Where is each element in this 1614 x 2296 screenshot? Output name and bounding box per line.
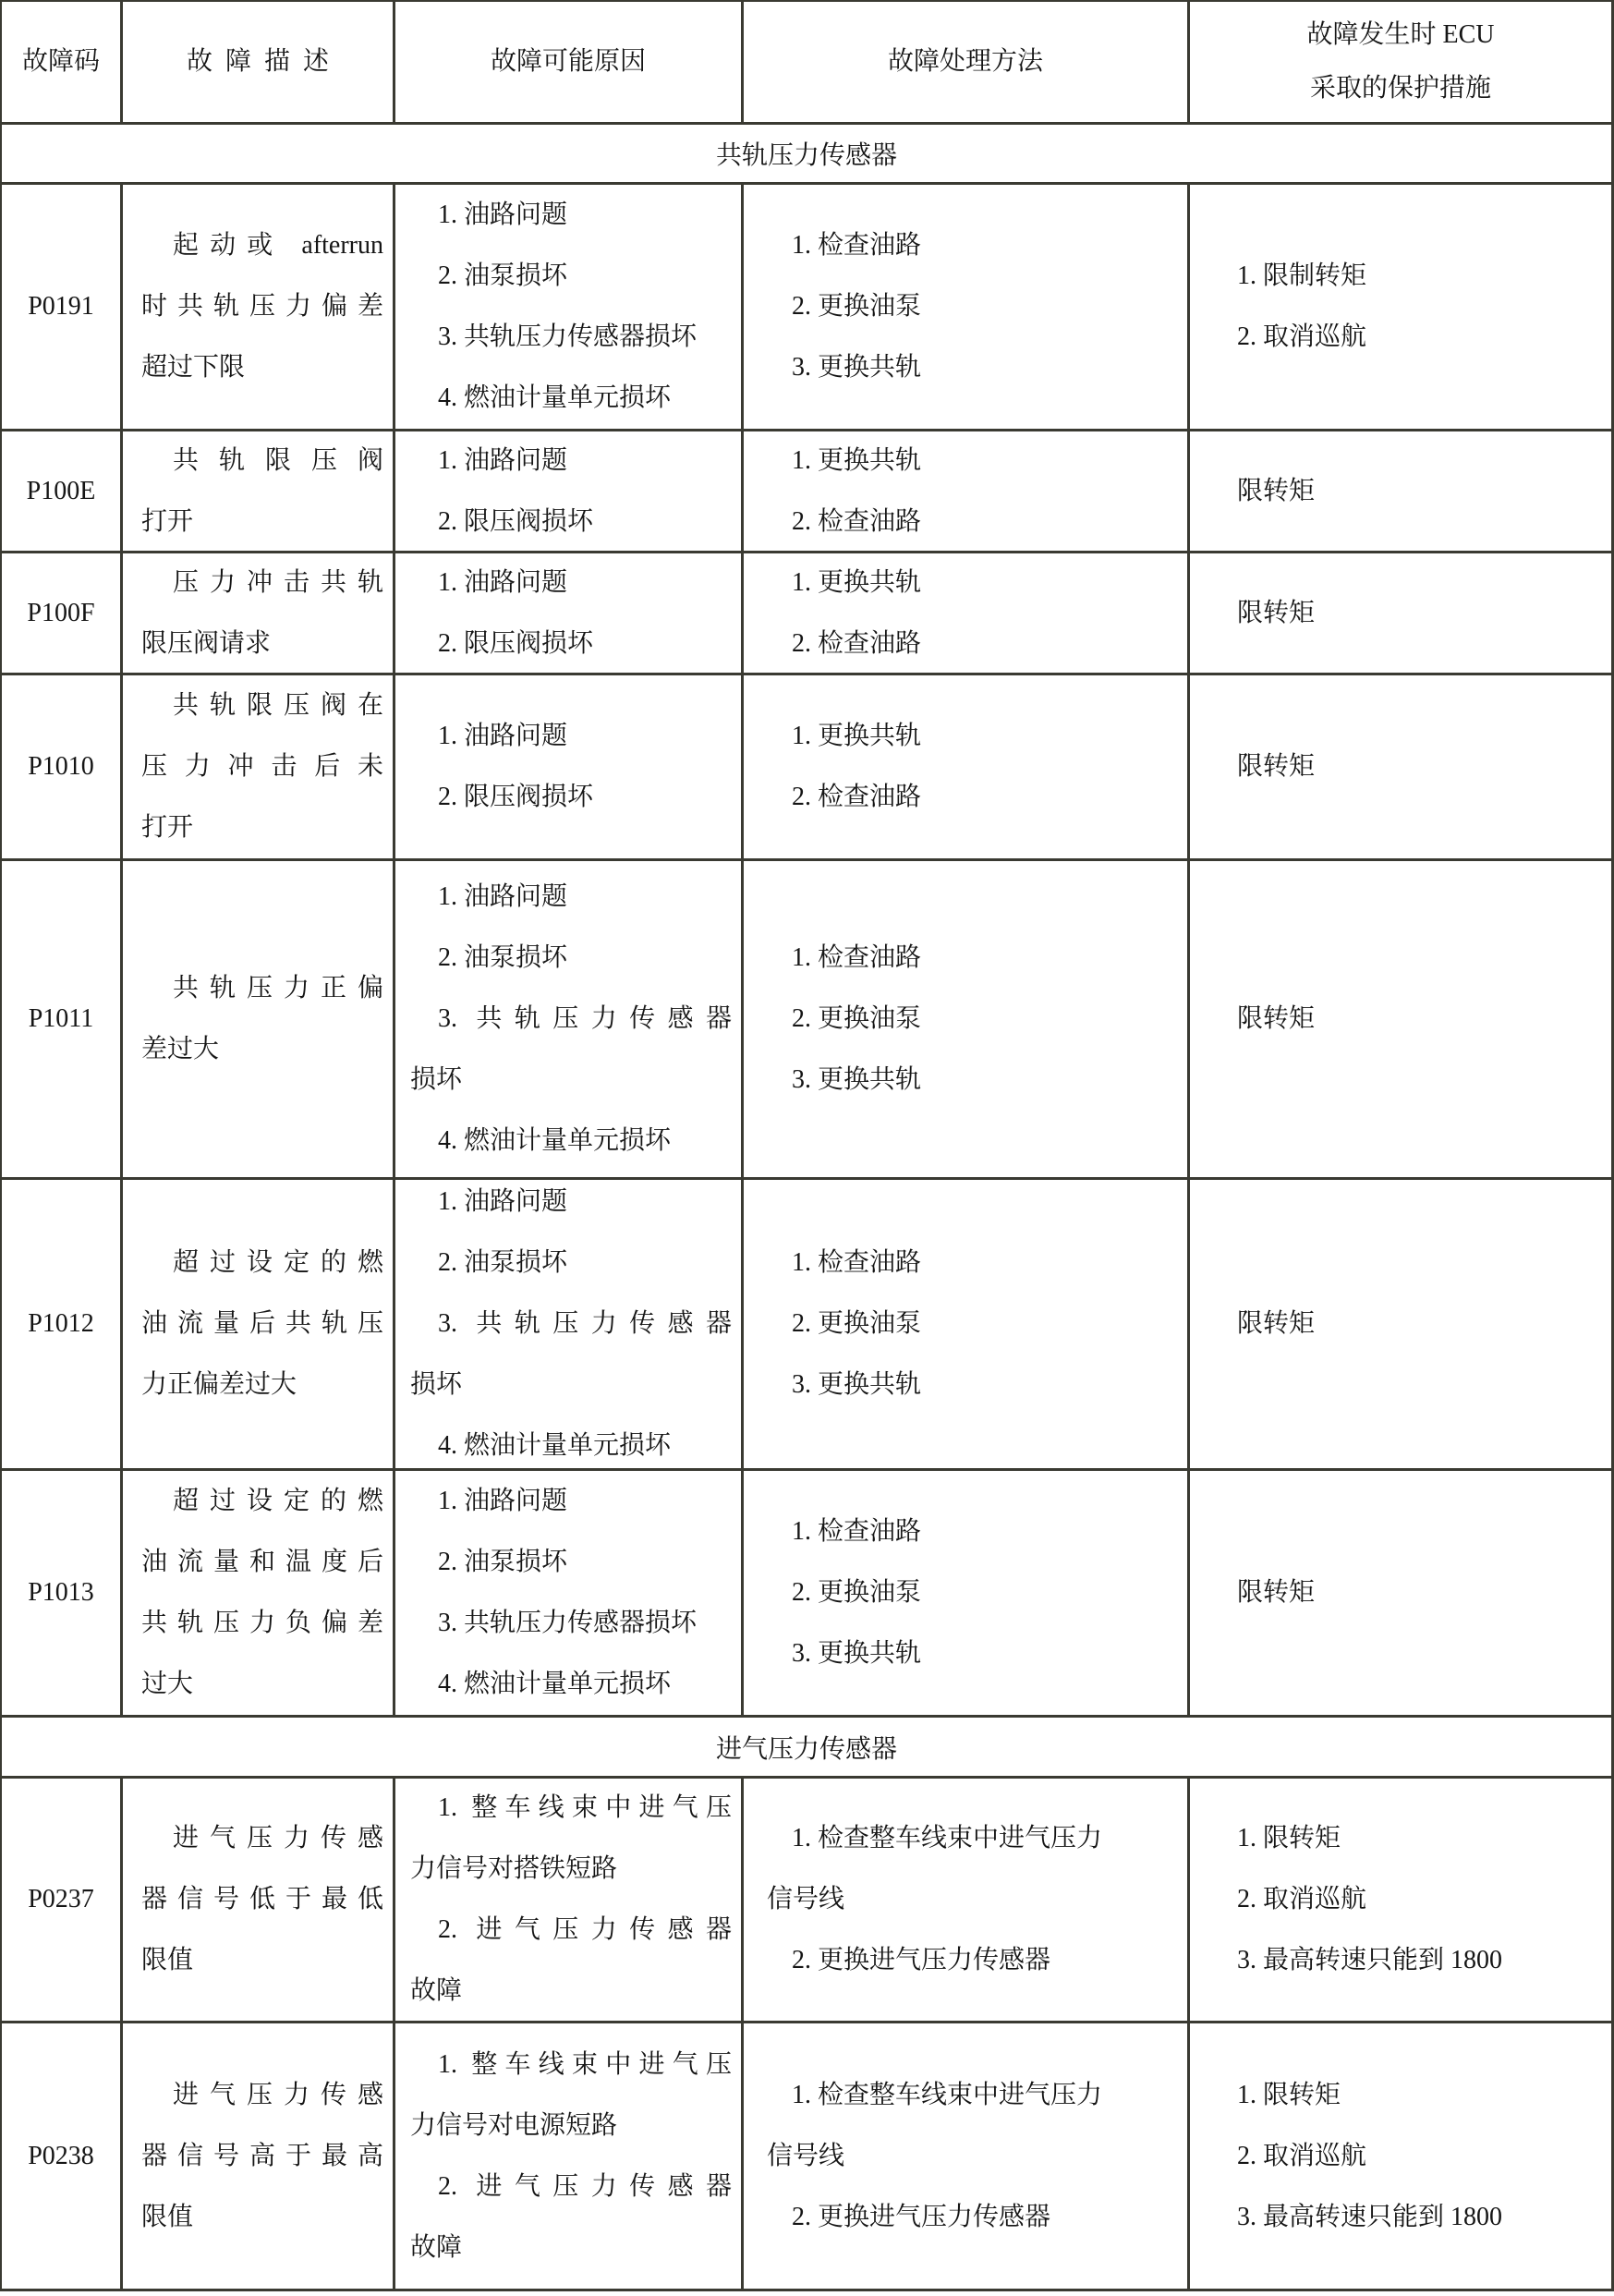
cell-line: 器信号高于最高	[141, 2126, 383, 2187]
cell-line: 超过设定的燃	[141, 1471, 383, 1532]
section-row: 共轨压力传感器	[2, 125, 1614, 185]
fault-code-cell: P0237	[2, 1779, 123, 2023]
fault-code-cell: P100F	[2, 553, 123, 675]
cell-line: 故障	[410, 2217, 732, 2278]
possible-cause-cell: 1. 油路问题2. 油泵损坏3. 共轨压力传感器损坏4. 燃油计量单元损坏	[395, 1471, 744, 1718]
cell-line: 超过设定的燃	[141, 1233, 383, 1294]
cell-line: 2. 更换油泵	[767, 276, 1182, 337]
cell-line: 1. 检查整车线束中进气压力	[767, 1808, 1182, 1869]
fault-code-cell: P1012	[2, 1180, 123, 1471]
cell-line: 4. 燃油计量单元损坏	[410, 1654, 732, 1715]
fault-code: P100E	[27, 461, 96, 522]
cell-line: 2. 油泵损坏	[410, 928, 732, 989]
cell-line: 力信号对搭铁短路	[410, 1839, 732, 1900]
cell-line: 打开	[141, 492, 383, 553]
cell-line: 2. 检查油路	[767, 767, 1182, 828]
table-row: P1010共轨限压阀在压力冲击后未打开1. 油路问题2. 限压阀损坏1. 更换共…	[2, 675, 1614, 861]
fault-code: P0238	[28, 2126, 94, 2187]
cell-line: 2. 更换油泵	[767, 1294, 1182, 1355]
ecu-protection-cell: 限转矩	[1190, 431, 1614, 553]
possible-cause-cell: 1. 整车线束中进气压力信号对搭铁短路2. 进气压力传感器故障	[395, 1779, 744, 2023]
fault-code-cell: P0238	[2, 2023, 123, 2291]
cell-line: 限转矩	[1237, 583, 1606, 644]
fault-code-cell: P1013	[2, 1471, 123, 1718]
cell-line: 1. 限转矩	[1237, 2065, 1606, 2126]
fault-code: P100F	[27, 583, 94, 644]
possible-cause-cell: 1. 油路问题2. 油泵损坏3. 共轨压力传感器损坏4. 燃油计量单元损坏	[395, 1180, 744, 1471]
cell-line: 共轨压力负偏差	[141, 1593, 383, 1654]
cell-line: 1. 检查油路	[767, 1501, 1182, 1562]
cell-line: 1. 油路问题	[410, 431, 732, 492]
fault-description-cell: 起动或 afterrun时共轨压力偏差超过下限	[123, 185, 395, 431]
cell-line: 2. 油泵损坏	[410, 1233, 732, 1294]
cell-line: 1. 油路问题	[410, 553, 732, 613]
cell-line: 1. 更换共轨	[767, 431, 1182, 492]
cell-line: 1. 油路问题	[410, 1471, 732, 1532]
cell-line: 信号线	[767, 2126, 1182, 2187]
cell-line: 压力冲击后未	[141, 736, 383, 797]
possible-cause-cell: 1. 油路问题2. 限压阀损坏	[395, 553, 744, 675]
cell-line: 进气压力传感	[141, 2065, 383, 2126]
fault-description-cell: 共轨压力正偏差过大	[123, 861, 395, 1180]
cell-line: 2. 更换进气压力传感器	[767, 1930, 1182, 1991]
handling-method-cell: 1. 检查油路2. 更换油泵3. 更换共轨	[744, 861, 1190, 1180]
fault-description-cell: 共轨限压阀在压力冲击后未打开	[123, 675, 395, 861]
handling-method-cell: 1. 检查油路2. 更换油泵3. 更换共轨	[744, 1471, 1190, 1718]
fault-code: P1010	[28, 736, 94, 797]
cell-line: 限压阀请求	[141, 613, 383, 674]
cell-line: 1. 整车线束中进气压	[410, 1779, 732, 1839]
cell-line: 故障	[410, 1961, 732, 2022]
ecu-protection-cell: 限转矩	[1190, 553, 1614, 675]
header-row: 故障码 故障描述 故障可能原因 故障处理方法 故障发生时 ECU 采取的保护措施	[2, 2, 1614, 125]
header-label-fault-code: 故障码	[22, 35, 100, 89]
possible-cause-cell: 1. 油路问题2. 油泵损坏3. 共轨压力传感器损坏4. 燃油计量单元损坏	[395, 185, 744, 431]
cell-line: 限转矩	[1237, 461, 1606, 522]
cell-line: 3. 共轨压力传感器损坏	[410, 1593, 732, 1654]
cell-line: 1. 检查整车线束中进气压力	[767, 2065, 1182, 2126]
cell-line: 4. 燃油计量单元损坏	[410, 1111, 732, 1172]
cell-line: 共轨限压阀	[141, 431, 383, 492]
cell-line: 3. 更换共轨	[767, 1050, 1182, 1111]
fault-description-cell: 超过设定的燃油流量后共轨压力正偏差过大	[123, 1180, 395, 1471]
cell-line: 1. 限制转矩	[1237, 246, 1606, 307]
ecu-protection-cell: 限转矩	[1190, 1471, 1614, 1718]
handling-method-cell: 1. 更换共轨2. 检查油路	[744, 675, 1190, 861]
fault-description-cell: 共轨限压阀打开	[123, 431, 395, 553]
fault-code: P0237	[28, 1869, 94, 1930]
section-title-cell: 共轨压力传感器	[2, 125, 1614, 185]
fault-description-cell: 超过设定的燃油流量和温度后共轨压力负偏差过大	[123, 1471, 395, 1718]
handling-method-cell: 1. 检查油路2. 更换油泵3. 更换共轨	[744, 1180, 1190, 1471]
cell-line: 1. 检查油路	[767, 1233, 1182, 1294]
cell-line: 2. 更换油泵	[767, 989, 1182, 1050]
cell-line: 3. 更换共轨	[767, 337, 1182, 398]
ecu-protection-cell: 1. 限制转矩2. 取消巡航	[1190, 185, 1614, 431]
cell-line: 3. 共轨压力传感器	[410, 1294, 732, 1355]
cell-line: 力正偏差过大	[141, 1355, 383, 1415]
fault-code: P0191	[28, 276, 94, 337]
cell-line: 3. 最高转速只能到 1800	[1237, 2187, 1606, 2248]
cell-line: 力信号对电源短路	[410, 2096, 732, 2156]
possible-cause-cell: 1. 油路问题2. 油泵损坏3. 共轨压力传感器损坏4. 燃油计量单元损坏	[395, 861, 744, 1180]
handling-method-cell: 1. 更换共轨2. 检查油路	[744, 431, 1190, 553]
cell-line: 限转矩	[1237, 989, 1606, 1050]
cell-line: 过大	[141, 1654, 383, 1715]
possible-cause-cell: 1. 整车线束中进气压力信号对电源短路2. 进气压力传感器故障	[395, 2023, 744, 2291]
header-cell-possible-cause: 故障可能原因	[395, 2, 744, 125]
fault-code: P1012	[28, 1294, 94, 1355]
cell-line: 2. 取消巡航	[1237, 2126, 1606, 2187]
cell-line: 2. 限压阀损坏	[410, 767, 732, 828]
fault-code-cell: P1010	[2, 675, 123, 861]
possible-cause-cell: 1. 油路问题2. 限压阀损坏	[395, 675, 744, 861]
ecu-protection-cell: 限转矩	[1190, 861, 1614, 1180]
cell-line: 限值	[141, 2187, 383, 2248]
cell-line: 进气压力传感	[141, 1808, 383, 1869]
fault-code-cell: P100E	[2, 431, 123, 553]
cell-line: 油流量和温度后	[141, 1532, 383, 1593]
fault-code: P1013	[28, 1562, 94, 1623]
ecu-protection-cell: 限转矩	[1190, 675, 1614, 861]
ecu-protection-cell: 1. 限转矩2. 取消巡航3. 最高转速只能到 1800	[1190, 2023, 1614, 2291]
cell-line: 1. 更换共轨	[767, 706, 1182, 767]
cell-line: 1. 油路问题	[410, 706, 732, 767]
cell-line: 1. 更换共轨	[767, 553, 1182, 613]
cell-line: 打开	[141, 797, 383, 858]
cell-line: 1. 油路问题	[410, 185, 732, 246]
cell-line: 3. 共轨压力传感器	[410, 989, 732, 1050]
cell-line: 超过下限	[141, 337, 383, 398]
handling-method-cell: 1. 检查油路2. 更换油泵3. 更换共轨	[744, 185, 1190, 431]
fault-description-cell: 进气压力传感器信号高于最高限值	[123, 2023, 395, 2291]
cell-line: 1. 油路问题	[410, 867, 732, 928]
table-row: P0237进气压力传感器信号低于最低限值1. 整车线束中进气压力信号对搭铁短路2…	[2, 1779, 1614, 2023]
fault-code-cell: P0191	[2, 185, 123, 431]
cell-line: 起动或 afterrun	[141, 215, 383, 276]
cell-line: 信号线	[767, 1869, 1182, 1930]
table-row: P0191起动或 afterrun时共轨压力偏差超过下限1. 油路问题2. 油泵…	[2, 185, 1614, 431]
fault-code-table: 故障码 故障描述 故障可能原因 故障处理方法 故障发生时 ECU 采取的保护措施…	[0, 0, 1614, 2291]
cell-line: 2. 进气压力传感器	[410, 1900, 732, 1961]
cell-line: 共轨压力正偏	[141, 958, 383, 1019]
cell-line: 2. 更换油泵	[767, 1562, 1182, 1623]
section-title-cell: 进气压力传感器	[2, 1718, 1614, 1779]
cell-line: 4. 燃油计量单元损坏	[410, 368, 732, 429]
cell-line: 2. 限压阀损坏	[410, 613, 732, 674]
table-row: P1013超过设定的燃油流量和温度后共轨压力负偏差过大1. 油路问题2. 油泵损…	[2, 1471, 1614, 1718]
ecu-protection-cell: 1. 限转矩2. 取消巡航3. 最高转速只能到 1800	[1190, 1779, 1614, 2023]
cell-line: 2. 更换进气压力传感器	[767, 2187, 1182, 2248]
header-label-possible-cause: 故障可能原因	[491, 35, 646, 89]
section-title: 进气压力传感器	[716, 1729, 897, 1766]
cell-line: 2. 检查油路	[767, 613, 1182, 674]
ecu-protection-cell: 限转矩	[1190, 1180, 1614, 1471]
table-row: P100E共轨限压阀打开1. 油路问题2. 限压阀损坏1. 更换共轨2. 检查油…	[2, 431, 1614, 553]
fault-code-cell: P1011	[2, 861, 123, 1180]
table-row: P0238进气压力传感器信号高于最高限值1. 整车线束中进气压力信号对电源短路2…	[2, 2023, 1614, 2291]
table-row: P1011共轨压力正偏差过大1. 油路问题2. 油泵损坏3. 共轨压力传感器损坏…	[2, 861, 1614, 1180]
cell-line: 1. 油路问题	[410, 1180, 732, 1233]
cell-line: 1. 检查油路	[767, 215, 1182, 276]
cell-line: 2. 油泵损坏	[410, 246, 732, 307]
header-label-ecu-protection-line1: 故障发生时 ECU	[1306, 8, 1494, 62]
header-cell-fault-code: 故障码	[2, 2, 123, 125]
cell-line: 2. 取消巡航	[1237, 307, 1606, 368]
cell-line: 3. 共轨压力传感器损坏	[410, 307, 732, 368]
fault-description-cell: 进气压力传感器信号低于最低限值	[123, 1779, 395, 2023]
cell-line: 压力冲击共轨	[141, 553, 383, 613]
cell-line: 1. 检查油路	[767, 928, 1182, 989]
cell-line: 2. 检查油路	[767, 492, 1182, 553]
cell-line: 2. 取消巡航	[1237, 1869, 1606, 1930]
handling-method-cell: 1. 检查整车线束中进气压力信号线2. 更换进气压力传感器	[744, 1779, 1190, 2023]
cell-line: 差过大	[141, 1019, 383, 1080]
cell-line: 2. 油泵损坏	[410, 1532, 732, 1593]
handling-method-cell: 1. 检查整车线束中进气压力信号线2. 更换进气压力传感器	[744, 2023, 1190, 2291]
cell-line: 3. 更换共轨	[767, 1623, 1182, 1684]
cell-line: 1. 限转矩	[1237, 1808, 1606, 1869]
table-row: P100F压力冲击共轨限压阀请求1. 油路问题2. 限压阀损坏1. 更换共轨2.…	[2, 553, 1614, 675]
cell-line: 限转矩	[1237, 1562, 1606, 1623]
table-row: P1012超过设定的燃油流量后共轨压力正偏差过大1. 油路问题2. 油泵损坏3.…	[2, 1180, 1614, 1471]
cell-line: 2. 进气压力传感器	[410, 2156, 732, 2217]
cell-line: 共轨限压阀在	[141, 675, 383, 736]
fault-code: P1011	[29, 989, 94, 1050]
section-title: 共轨压力传感器	[716, 135, 897, 172]
cell-line: 油流量后共轨压	[141, 1294, 383, 1355]
header-cell-fault-description: 故障描述	[123, 2, 395, 125]
cell-line: 损坏	[410, 1355, 732, 1415]
header-label-fault-description: 故障描述	[187, 35, 342, 89]
cell-line: 4. 燃油计量单元损坏	[410, 1415, 732, 1471]
cell-line: 限转矩	[1237, 736, 1606, 797]
cell-line: 限转矩	[1237, 1294, 1606, 1355]
header-label-ecu-protection-line2: 采取的保护措施	[1310, 62, 1491, 115]
cell-line: 2. 限压阀损坏	[410, 492, 732, 553]
cell-line: 损坏	[410, 1050, 732, 1111]
section-row: 进气压力传感器	[2, 1718, 1614, 1779]
handling-method-cell: 1. 更换共轨2. 检查油路	[744, 553, 1190, 675]
cell-line: 器信号低于最低	[141, 1869, 383, 1930]
cell-line: 3. 更换共轨	[767, 1355, 1182, 1415]
cell-line: 1. 整车线束中进气压	[410, 2035, 732, 2096]
header-cell-handling-method: 故障处理方法	[744, 2, 1190, 125]
fault-description-cell: 压力冲击共轨限压阀请求	[123, 553, 395, 675]
cell-line: 时共轨压力偏差	[141, 276, 383, 337]
possible-cause-cell: 1. 油路问题2. 限压阀损坏	[395, 431, 744, 553]
cell-line: 限值	[141, 1930, 383, 1991]
header-label-handling-method: 故障处理方法	[888, 35, 1043, 89]
header-cell-ecu-protection: 故障发生时 ECU 采取的保护措施	[1190, 2, 1614, 125]
cell-line: 3. 最高转速只能到 1800	[1237, 1930, 1606, 1991]
